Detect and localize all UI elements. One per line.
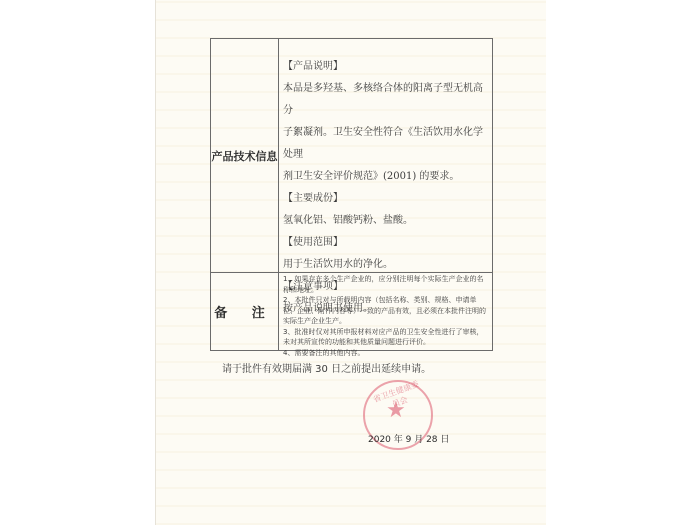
section-product-description: 【产品说明】 本品是多羟基、多核络合体的阳离子型无机高分 子絮凝剂。卫生安全性符…: [283, 56, 489, 188]
section-line: 剂卫生安全评价规范》(2001) 的要求。: [283, 166, 489, 188]
section-heading: 【使用范围】: [283, 232, 489, 254]
section-line: 子絮凝剂。卫生安全性符合《生活饮用水化学处理: [283, 122, 489, 166]
remark-item: 2、本批件只对与所载明内容（包括名称、类别、规格、申请单位、企业、附件内容等）一…: [283, 295, 489, 327]
issue-date: 2020 年 9 月 28 日: [368, 432, 449, 445]
section-main-ingredients: 【主要成份】 氢氧化铝、铝酸钙粉、盐酸。: [283, 188, 489, 232]
renewal-note: 请于批件有效期届满 30 日之前提出延续申请。: [222, 360, 431, 375]
column-divider: [278, 39, 279, 350]
section-line: 用于生活饮用水的净化。: [283, 254, 489, 276]
tech-info-label: 产品技术信息: [211, 39, 278, 272]
remark-item: 1、如果存在多个生产企业的，应分别注明每个实际生产企业的名称和地址。: [283, 274, 489, 295]
remark-label: 备 注: [211, 273, 278, 350]
remarks-content: 1、如果存在多个生产企业的，应分别注明每个实际生产企业的名称和地址。 2、本批件…: [283, 274, 489, 358]
section-heading: 【产品说明】: [283, 56, 489, 78]
section-heading: 【主要成份】: [283, 188, 489, 210]
remark-item: 3、批准时仅对其所申报材料对应产品的卫生安全性进行了审核，未对其所宣传的功能和其…: [283, 327, 489, 348]
section-line: 本品是多羟基、多核络合体的阳离子型无机高分: [283, 78, 489, 122]
section-usage-scope: 【使用范围】 用于生活饮用水的净化。: [283, 232, 489, 276]
star-icon: ★: [386, 398, 406, 423]
section-line: 氢氧化铝、铝酸钙粉、盐酸。: [283, 210, 489, 232]
remark-item: 4、需要备注的其他内容。: [283, 348, 489, 359]
